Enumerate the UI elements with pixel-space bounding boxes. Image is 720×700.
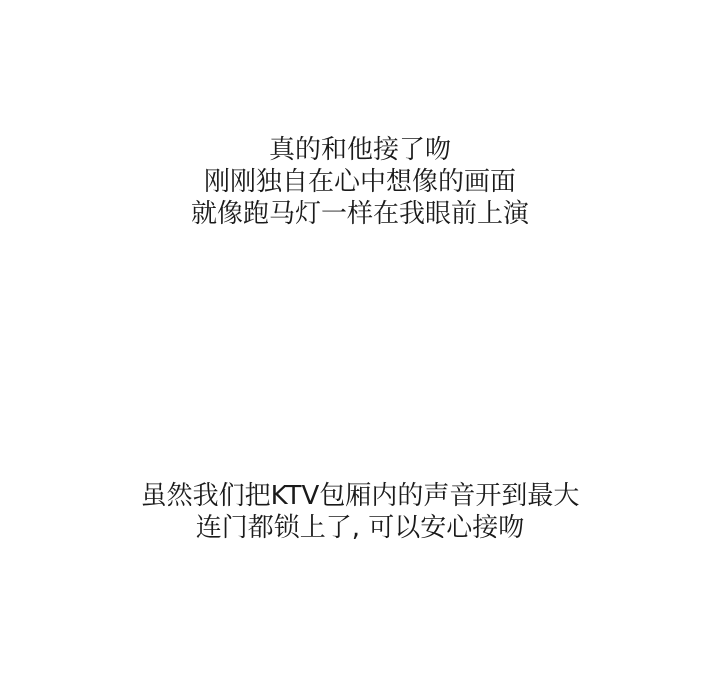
caption-top: 真的和他接了吻 刚刚独自在心中想像的画面 就像跑马灯一样在我眼前上演: [0, 134, 720, 230]
caption-line: 就像跑马灯一样在我眼前上演: [0, 198, 720, 230]
caption-line: 刚刚独自在心中想像的画面: [0, 166, 720, 198]
caption-line: 连门都锁上了, 可以安心接吻: [0, 512, 720, 544]
caption-bottom: 虽然我们把KTV包厢内的声音开到最大 连门都锁上了, 可以安心接吻: [0, 480, 720, 544]
caption-line: 真的和他接了吻: [0, 134, 720, 166]
caption-line: 虽然我们把KTV包厢内的声音开到最大: [0, 480, 720, 512]
